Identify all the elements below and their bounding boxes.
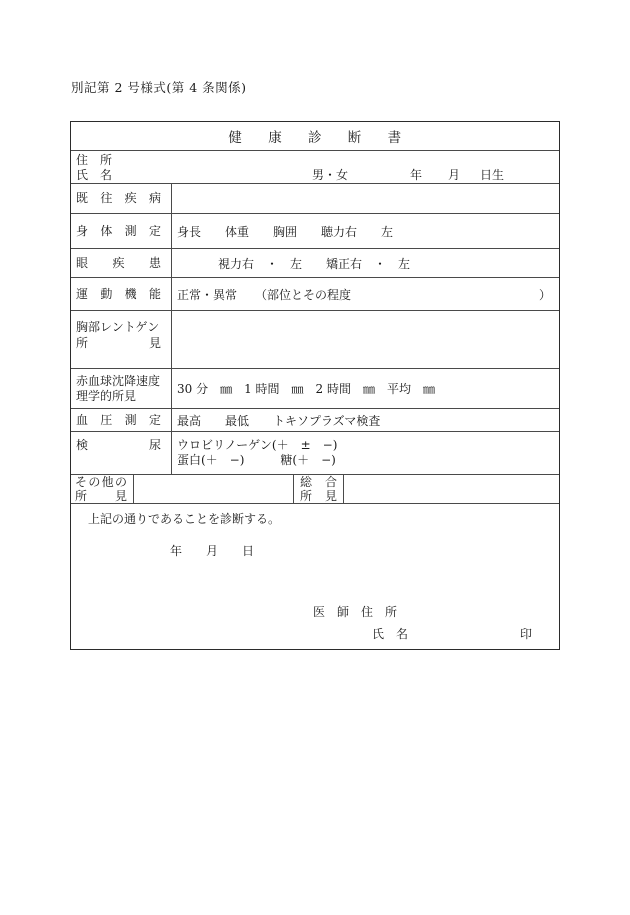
- row-medical-history: 既 往 疾 病: [71, 184, 559, 214]
- urinalysis-field: ウロビリノーゲン(＋ ± −) 蛋白(＋ −) 糖(＋ −): [172, 432, 559, 474]
- overall-findings-label-line1: 総 合: [300, 476, 337, 490]
- other-findings-label-line1: その他の: [75, 476, 127, 490]
- overall-findings-label-line2: 所 見: [300, 490, 337, 504]
- row-eye-disease: 眼 疾 患 視力右 ・ 左 矯正右 ・ 左: [71, 249, 559, 278]
- certificate-box: 健 康 診 断 書 住 所 氏 名 男・女 年 月 日生 既 往 疾 病 身 体…: [70, 121, 560, 650]
- medical-history-label: 既 往 疾 病: [76, 191, 161, 206]
- blood-pressure-field: 最高 最低 トキソプラズマ検査: [172, 409, 559, 431]
- blood-pressure-label: 血 圧 測 定: [76, 413, 161, 428]
- eye-disease-field: 視力右 ・ 左 矯正右 ・ 左: [172, 249, 559, 277]
- certificate-title: 健 康 診 断 書: [228, 126, 401, 146]
- row-other-findings: その他の 所 見 総 合 所 見: [71, 475, 559, 504]
- row-motor-function: 運 動 機 能 正常・異常 （部位とその程度 ）: [71, 278, 559, 311]
- urinalysis-line2: 蛋白(＋ −) 糖(＋ −): [177, 453, 559, 468]
- chest-xray-field: [172, 311, 559, 368]
- urinalysis-label: 検 尿: [76, 438, 161, 453]
- birth-year-label: 年: [410, 168, 422, 183]
- row-chest-xray: 胸部レントゲン 所 見: [71, 311, 559, 369]
- seal-label: 印: [520, 625, 532, 642]
- chest-xray-label-line1: 胸部レントゲン: [76, 319, 161, 335]
- other-findings-field: [134, 475, 294, 503]
- motor-function-label: 運 動 機 能: [76, 287, 161, 302]
- row-esr: 赤血球沈降速度 理学的所見 30 分 ㎜ 1 時間 ㎜ 2 時間 ㎜ 平均 ㎜: [71, 369, 559, 409]
- esr-field: 30 分 ㎜ 1 時間 ㎜ 2 時間 ㎜ 平均 ㎜: [172, 369, 559, 408]
- esr-label-line1: 赤血球沈降速度: [76, 374, 161, 389]
- certification-section: 上記の通りであることを診断する。 年 月 日 医 師 住 所 氏 名 印: [71, 504, 559, 649]
- form-number-heading: 別記第 2 号様式(第 4 条関係): [71, 78, 247, 96]
- identity-row: 住 所 氏 名 男・女 年 月 日生: [71, 151, 559, 184]
- title-row: 健 康 診 断 書: [71, 122, 559, 151]
- sex-options: 男・女: [312, 168, 348, 183]
- body-measurement-field: 身長 体重 胸囲 聴力右 左: [172, 214, 559, 248]
- esr-label-line2: 理学的所見: [76, 389, 161, 404]
- address-label: 住 所: [76, 153, 559, 168]
- doctor-address-label: 医 師 住 所: [313, 603, 397, 620]
- doctor-name-label: 氏 名: [372, 625, 408, 642]
- motor-function-text: 正常・異常 （部位とその程度: [177, 286, 351, 303]
- motor-function-field: 正常・異常 （部位とその程度 ）: [172, 278, 559, 310]
- certification-statement: 上記の通りであることを診断する。: [88, 510, 280, 527]
- document-page: 別記第 2 号様式(第 4 条関係) 健 康 診 断 書 住 所 氏 名 男・女…: [0, 0, 630, 915]
- other-findings-label-line2: 所 見: [75, 490, 127, 504]
- eye-disease-label: 眼 疾 患: [76, 256, 161, 271]
- overall-findings-field: [344, 475, 559, 503]
- certification-date-line: 年 月 日: [170, 542, 254, 559]
- row-urinalysis: 検 尿 ウロビリノーゲン(＋ ± −) 蛋白(＋ −) 糖(＋ −): [71, 432, 559, 475]
- medical-history-field: [172, 184, 559, 213]
- birth-day-label: 日生: [480, 168, 504, 183]
- row-body-measurement: 身 体 測 定 身長 体重 胸囲 聴力右 左: [71, 214, 559, 249]
- birth-month-label: 月: [448, 168, 460, 183]
- motor-function-close-paren: ）: [539, 286, 559, 303]
- row-blood-pressure: 血 圧 測 定 最高 最低 トキソプラズマ検査: [71, 409, 559, 432]
- urinalysis-line1: ウロビリノーゲン(＋ ± −): [177, 438, 559, 453]
- body-measurement-label: 身 体 測 定: [76, 224, 161, 239]
- chest-xray-label-line2: 所 見: [76, 335, 161, 351]
